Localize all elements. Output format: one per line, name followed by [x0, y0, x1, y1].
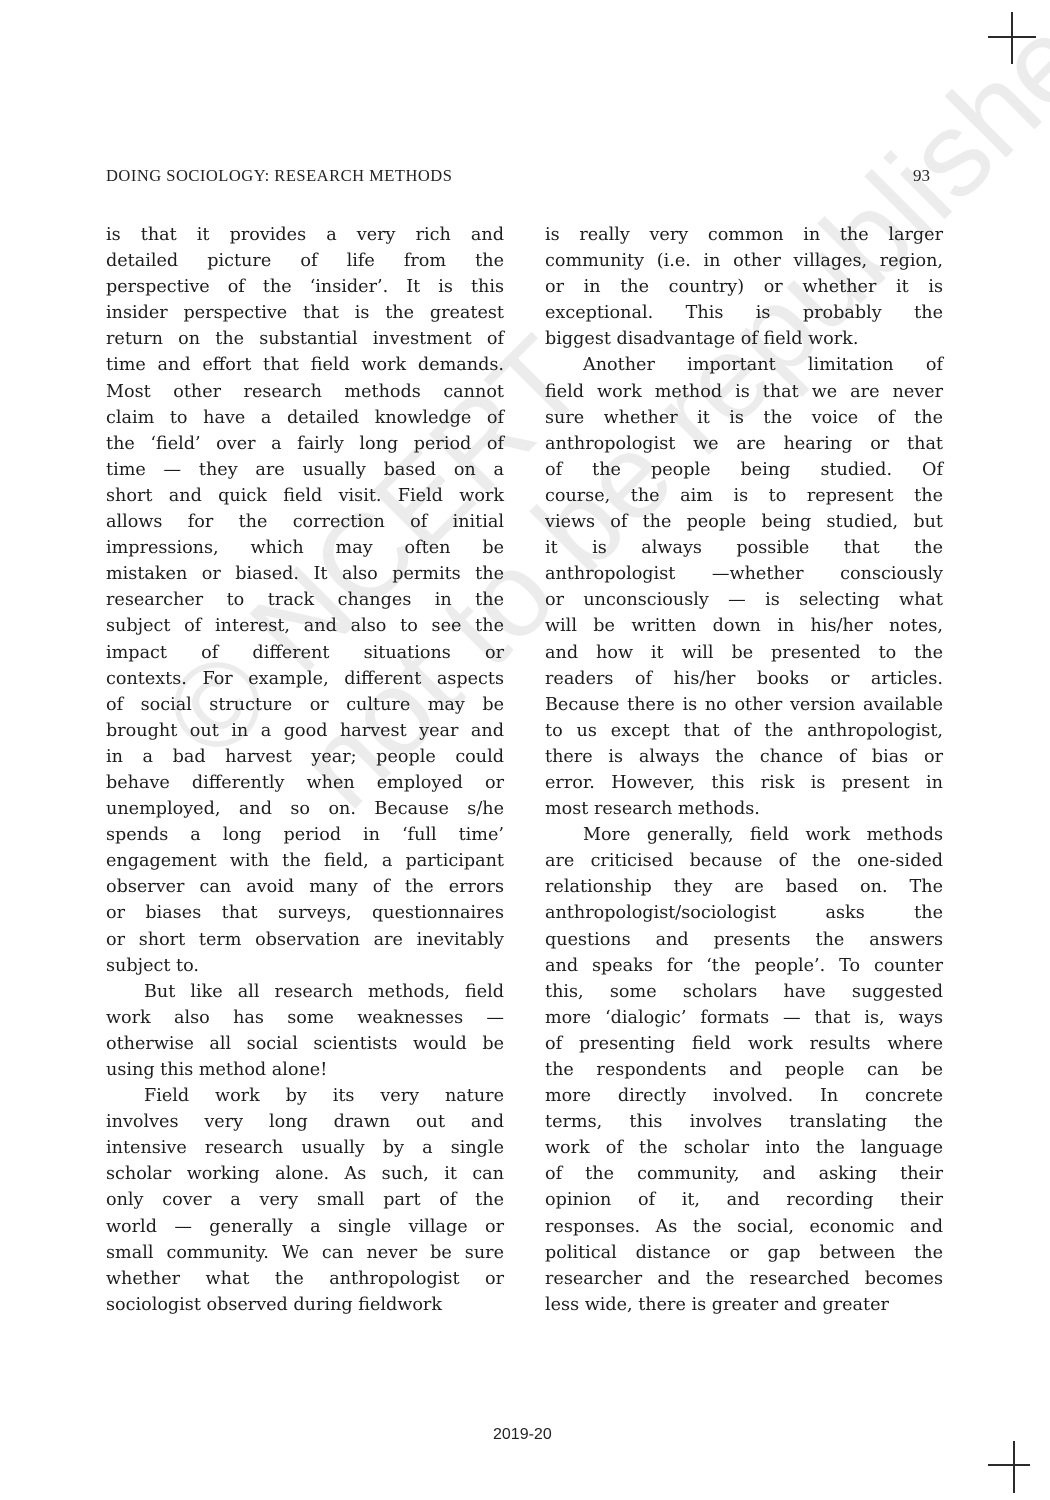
text-line: observer can avoid many of the errors	[106, 874, 504, 900]
text-line: and speaks for ‘the people’. To counter	[545, 953, 943, 979]
text-line: in a bad harvest year; people could	[106, 744, 504, 770]
text-line: more ‘dialogic’ formats — that is, ways	[545, 1005, 943, 1031]
text-line: researcher to track changes in the	[106, 587, 504, 613]
text-line: claim to have a detailed knowledge of	[106, 405, 504, 431]
text-line: spends a long period in ‘full time’	[106, 822, 504, 848]
text-line: more directly involved. In concrete	[545, 1083, 943, 1109]
text-line: work of the scholar into the language	[545, 1135, 943, 1161]
footer-year: 2019-20	[493, 1426, 552, 1444]
text-line: intensive research usually by a single	[106, 1135, 504, 1161]
text-line: is really very common in the larger	[545, 222, 943, 248]
text-line: researcher and the researched becomes	[545, 1266, 943, 1292]
text-line: field work method is that we are never	[545, 379, 943, 405]
text-line: to us except that of the anthropologist,	[545, 718, 943, 744]
text-line: whether what the anthropologist or	[106, 1266, 504, 1292]
crop-mark-top-right-vertical	[1011, 12, 1013, 64]
crop-mark-bottom-right-vertical	[1013, 1441, 1015, 1493]
text-line: engagement with the field, a participant	[106, 848, 504, 874]
text-line: the respondents and people can be	[545, 1057, 943, 1083]
text-line: anthropologist we are hearing or that	[545, 431, 943, 457]
text-line: course, the aim is to represent the	[545, 483, 943, 509]
text-line: behave differently when employed or	[106, 770, 504, 796]
text-line: or unconsciously — is selecting what	[545, 587, 943, 613]
text-line: or short term observation are inevitably	[106, 927, 504, 953]
text-line: there is always the chance of bias or	[545, 744, 943, 770]
page-number: 93	[913, 166, 930, 186]
text-line: responses. As the social, economic and	[545, 1214, 943, 1240]
text-line: world — generally a single village or	[106, 1214, 504, 1240]
text-line: subject to.	[106, 953, 504, 979]
text-line: or in the country) or whether it is	[545, 274, 943, 300]
text-line: insider perspective that is the greatest	[106, 300, 504, 326]
crop-mark-bottom-right-horizontal	[988, 1464, 1030, 1466]
text-line: unemployed, and so on. Because s/he	[106, 796, 504, 822]
text-line: work also has some weaknesses —	[106, 1005, 504, 1031]
text-line: detailed picture of life from the	[106, 248, 504, 274]
text-line: allows for the correction of initial	[106, 509, 504, 535]
text-line: the ‘field’ over a fairly long period of	[106, 431, 504, 457]
text-line: using this method alone!	[106, 1057, 504, 1083]
text-line: readers of his/her books or articles.	[545, 666, 943, 692]
text-line: of the people being studied. Of	[545, 457, 943, 483]
text-line: subject of interest, and also to see the	[106, 613, 504, 639]
text-line: mistaken or biased. It also permits the	[106, 561, 504, 587]
text-line: scholar working alone. As such, it can	[106, 1161, 504, 1187]
text-line: this, some scholars have suggested	[545, 979, 943, 1005]
text-line: otherwise all social scientists would be	[106, 1031, 504, 1057]
text-line: brought out in a good harvest year and	[106, 718, 504, 744]
text-line: small community. We can never be sure	[106, 1240, 504, 1266]
text-line: views of the people being studied, but	[545, 509, 943, 535]
text-line: will be written down in his/her notes,	[545, 613, 943, 639]
text-line: political distance or gap between the	[545, 1240, 943, 1266]
text-line: and how it will be presented to the	[545, 640, 943, 666]
text-line: But like all research methods, field	[106, 979, 504, 1005]
text-line: impressions, which may often be	[106, 535, 504, 561]
text-line: short and quick field visit. Field work	[106, 483, 504, 509]
text-line: anthropologist/sociologist asks the	[545, 900, 943, 926]
text-line: time — they are usually based on a	[106, 457, 504, 483]
text-line: involves very long drawn out and	[106, 1109, 504, 1135]
text-line: return on the substantial investment of	[106, 326, 504, 352]
text-line: contexts. For example, different aspects	[106, 666, 504, 692]
text-line: less wide, there is greater and greater	[545, 1292, 943, 1318]
text-line: impact of different situations or	[106, 640, 504, 666]
text-line: Another important limitation of	[545, 352, 943, 378]
text-line: exceptional. This is probably the	[545, 300, 943, 326]
text-line: More generally, field work methods	[545, 822, 943, 848]
text-line: questions and presents the answers	[545, 927, 943, 953]
text-line: or biases that surveys, questionnaires	[106, 900, 504, 926]
text-column-left: is that it provides a very rich anddetai…	[106, 222, 504, 1318]
text-line: error. However, this risk is present in	[545, 770, 943, 796]
text-line: biggest disadvantage of field work.	[545, 326, 943, 352]
text-line: it is always possible that the	[545, 535, 943, 561]
text-line: anthropologist —whether consciously	[545, 561, 943, 587]
text-line: are criticised because of the one-sided	[545, 848, 943, 874]
text-line: opinion of it, and recording their	[545, 1187, 943, 1213]
text-line: of presenting field work results where	[545, 1031, 943, 1057]
text-line: community (i.e. in other villages, regio…	[545, 248, 943, 274]
text-line: sociologist observed during fieldwork	[106, 1292, 504, 1318]
text-line: is that it provides a very rich and	[106, 222, 504, 248]
text-line: sure whether it is the voice of the	[545, 405, 943, 431]
text-line: time and effort that field work demands.	[106, 352, 504, 378]
text-line: only cover a very small part of the	[106, 1187, 504, 1213]
text-line: Most other research methods cannot	[106, 379, 504, 405]
text-line: terms, this involves translating the	[545, 1109, 943, 1135]
running-header-title: DOING SOCIOLOGY: RESEARCH METHODS	[106, 166, 452, 186]
text-line: most research methods.	[545, 796, 943, 822]
text-column-right: is really very common in the largercommu…	[545, 222, 943, 1318]
text-line: Because there is no other version availa…	[545, 692, 943, 718]
text-line: relationship they are based on. The	[545, 874, 943, 900]
text-line: perspective of the ‘insider’. It is this	[106, 274, 504, 300]
text-line: Field work by its very nature	[106, 1083, 504, 1109]
text-line: of the community, and asking their	[545, 1161, 943, 1187]
text-line: of social structure or culture may be	[106, 692, 504, 718]
